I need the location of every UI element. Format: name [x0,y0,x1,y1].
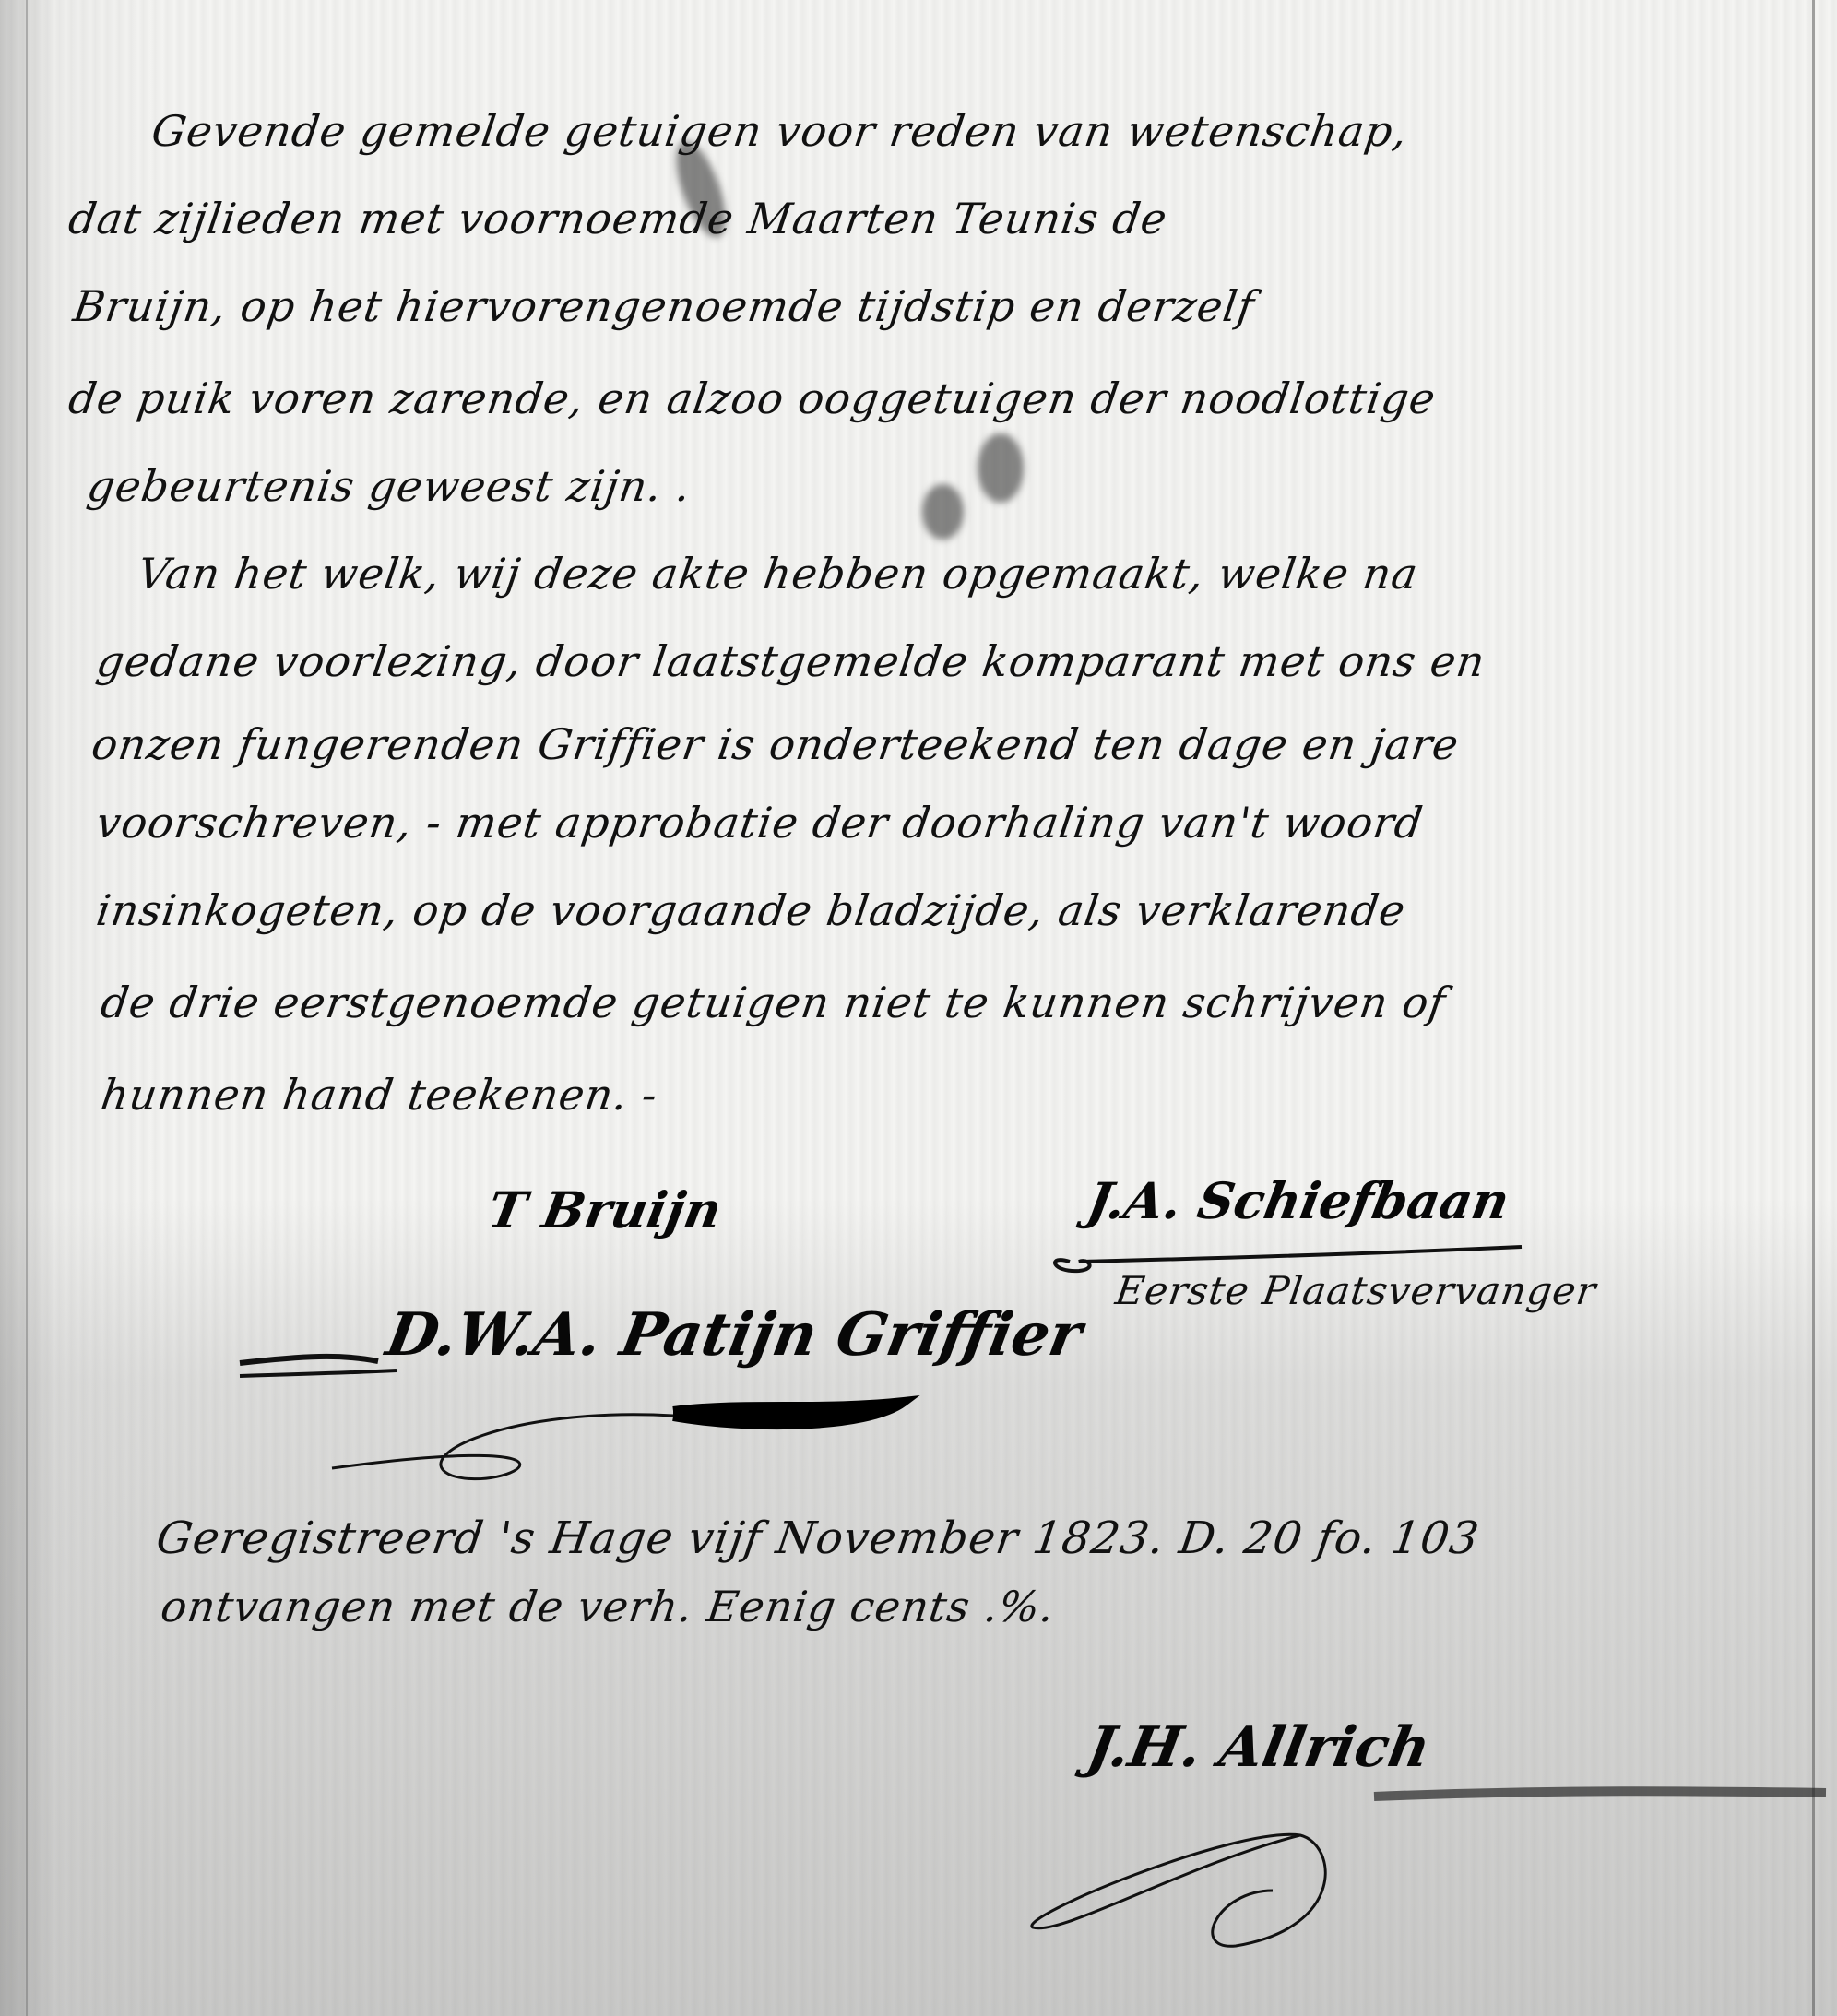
document-line: gebeurtenis geweest zijn. . [84,461,694,511]
signature-witness: T Bruijn [483,1180,726,1239]
registration-line-2: ontvangen met de verh. Eenig cents .%. [158,1582,1058,1631]
document-line: gedane voorlezing, door laatstgemelde ko… [93,636,1488,686]
document-line: hunnen hand teekenen. - [98,1070,661,1120]
page-edge-line [1812,0,1815,2016]
document-line: de drie eerstgenoemde getuigen niet te k… [98,978,1449,1027]
ink-stain [922,484,964,540]
document-line: Van het welk, wij deze akte hebben opgem… [135,549,1421,599]
document-line: dat zijlieden met voornoemde Maarten Teu… [65,194,1170,243]
signature-official: J.A. Schiefbaan [1083,1171,1513,1230]
document-line: Gevende gemelde getuigen voor reden van … [148,106,1411,156]
ink-stain [978,433,1024,503]
document-line: voorschreven, - met approbatie der doorh… [93,798,1427,848]
document-line: de puik voren zarende, en alzoo ooggetui… [65,374,1439,423]
document-line: insinkogeten, op de voorgaande bladzijde… [93,885,1409,935]
left-edge-line [26,0,28,2016]
signature-flourish-icon [231,1328,968,1494]
document-line: onzen fungerenden Griffier is onderteeke… [89,719,1462,769]
registration-line-1: Geregistreerd 's Hage vijf November 1823… [153,1512,1483,1564]
document-line: Bruijn, op het hiervorengenoemde tijdsti… [70,281,1258,331]
signature-official-title: Eerste Plaatsvervanger [1113,1268,1600,1313]
scanned-page: Gevende gemelde getuigen voor reden van … [0,0,1837,2016]
signature-flourish-icon [1005,1771,1835,1955]
